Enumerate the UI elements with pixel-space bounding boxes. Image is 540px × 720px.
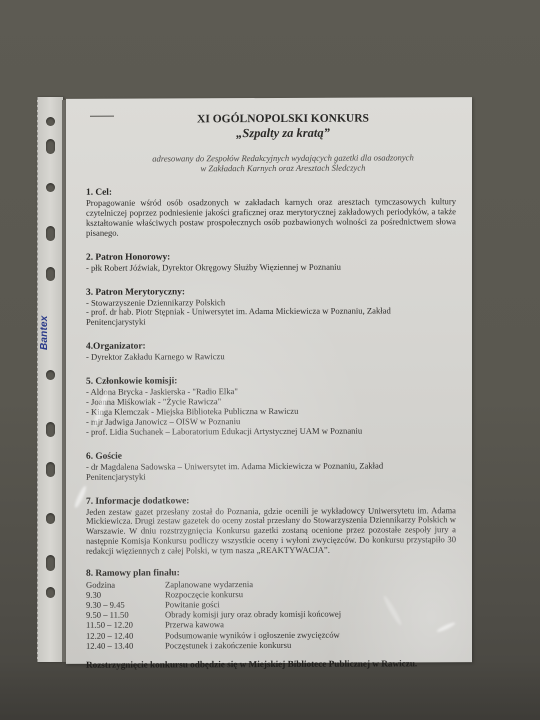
schedule-row: 12.20 – 12.40 Podsumowanie wyników i ogł… [86,629,341,640]
section-committee: 5. Członkowie komisji: - Aldona Brycka -… [86,375,456,437]
section-line: - prof. Lidia Suchanek – Laboratorium Ed… [86,426,456,438]
section-final-plan: 8. Ramowy plan finału: Godzina Zaplanowa… [86,567,456,650]
section-honorary-patron: 2. Patron Honorowy: - płk Robert Jóźwiak… [86,251,456,274]
punch-hole [46,587,55,598]
section-content-patron: 3. Patron Merytoryczny: - Stowarzyszenie… [86,286,456,328]
section-line: - Dyrektor Zakładu Karnego w Rawiczu [86,351,456,363]
bantex-logo: Bantex [39,313,63,353]
section-heading: 8. Ramowy plan finału: [86,567,456,580]
document-subtitle: „Szpalty za kratą” [86,125,456,142]
schedule-time: 12.20 – 12.40 [86,630,165,640]
addressed-line-1: adresowany do Zespołów Redakcyjnych wyda… [152,152,414,163]
schedule-time: 9.50 – 11.50 [86,610,165,620]
sheet-protector-binder-strip: Bantex [37,97,63,662]
schedule-event: Podsumowanie wyników i ogłoszenie zwycię… [165,629,341,640]
section-line: Penitencjarystyki [86,317,456,329]
column-header-time: Godzina [86,579,165,589]
section-line: Penitencjarystyki [86,471,456,483]
schedule-event: Poczęstunek i zakończenie konkursu [165,639,341,650]
schedule-row: 9.50 – 11.50 Obrady komisji jury oraz ob… [86,609,341,620]
section-text: Jeden zestaw gazet przesłany został do P… [86,506,456,557]
schedule-time: 9.30 – 9.45 [86,600,165,610]
floor-shadow [0,660,540,720]
schedule-row: 12.40 – 13.40 Poczęstunek i zakończenie … [86,639,341,650]
punch-hole [46,117,55,126]
schedule-time: 11.50 – 12.20 [86,620,165,630]
section-organizer: 4.Organizator: - Dyrektor Zakładu Karneg… [86,340,456,363]
document-content: XI OGÓLNOPOLSKI KONKURS „Szpalty za krat… [86,111,456,669]
punch-hole [46,267,55,281]
schedule-time: 9.30 [86,590,165,600]
schedule-event: Obrady komisji jury oraz obrady komisji … [165,609,341,620]
punch-hole [46,183,55,192]
schedule-time: 12.40 – 13.40 [86,640,165,650]
section-goal: 1. Cel: Propagowanie wśród osób osadzony… [86,186,456,238]
section-additional-info: 7. Informacje dodatkowe: Jeden zestaw ga… [86,495,456,557]
punch-hole [46,370,55,380]
final-note: Rozstrzygnięcie konkursu odbędzie się w … [86,658,456,670]
addressed-line-2: w Zakładach Karnych oraz Aresztach Śledc… [201,163,366,174]
punch-hole [46,139,55,154]
punch-hole [46,462,55,477]
addressed-text: adresowany do Zespołów Redakcyjnych wyda… [86,152,456,174]
section-line: - płk Robert Jóźwiak, Dyrektor Okręgowy … [86,262,456,274]
punch-hole [46,555,55,571]
punch-hole [46,513,55,524]
document-sheet: XI OGÓLNOPOLSKI KONKURS „Szpalty za krat… [66,97,472,664]
section-text: Propagowanie wśród osób osadzonych w zak… [86,197,456,238]
section-guests: 6. Goście - dr Magdalena Sadowska – Uniw… [86,450,456,482]
punch-hole [46,422,55,437]
punch-hole [46,226,55,241]
schedule-table: Godzina Zaplanowane wydarzenia 9.30 Rozp… [86,579,341,651]
